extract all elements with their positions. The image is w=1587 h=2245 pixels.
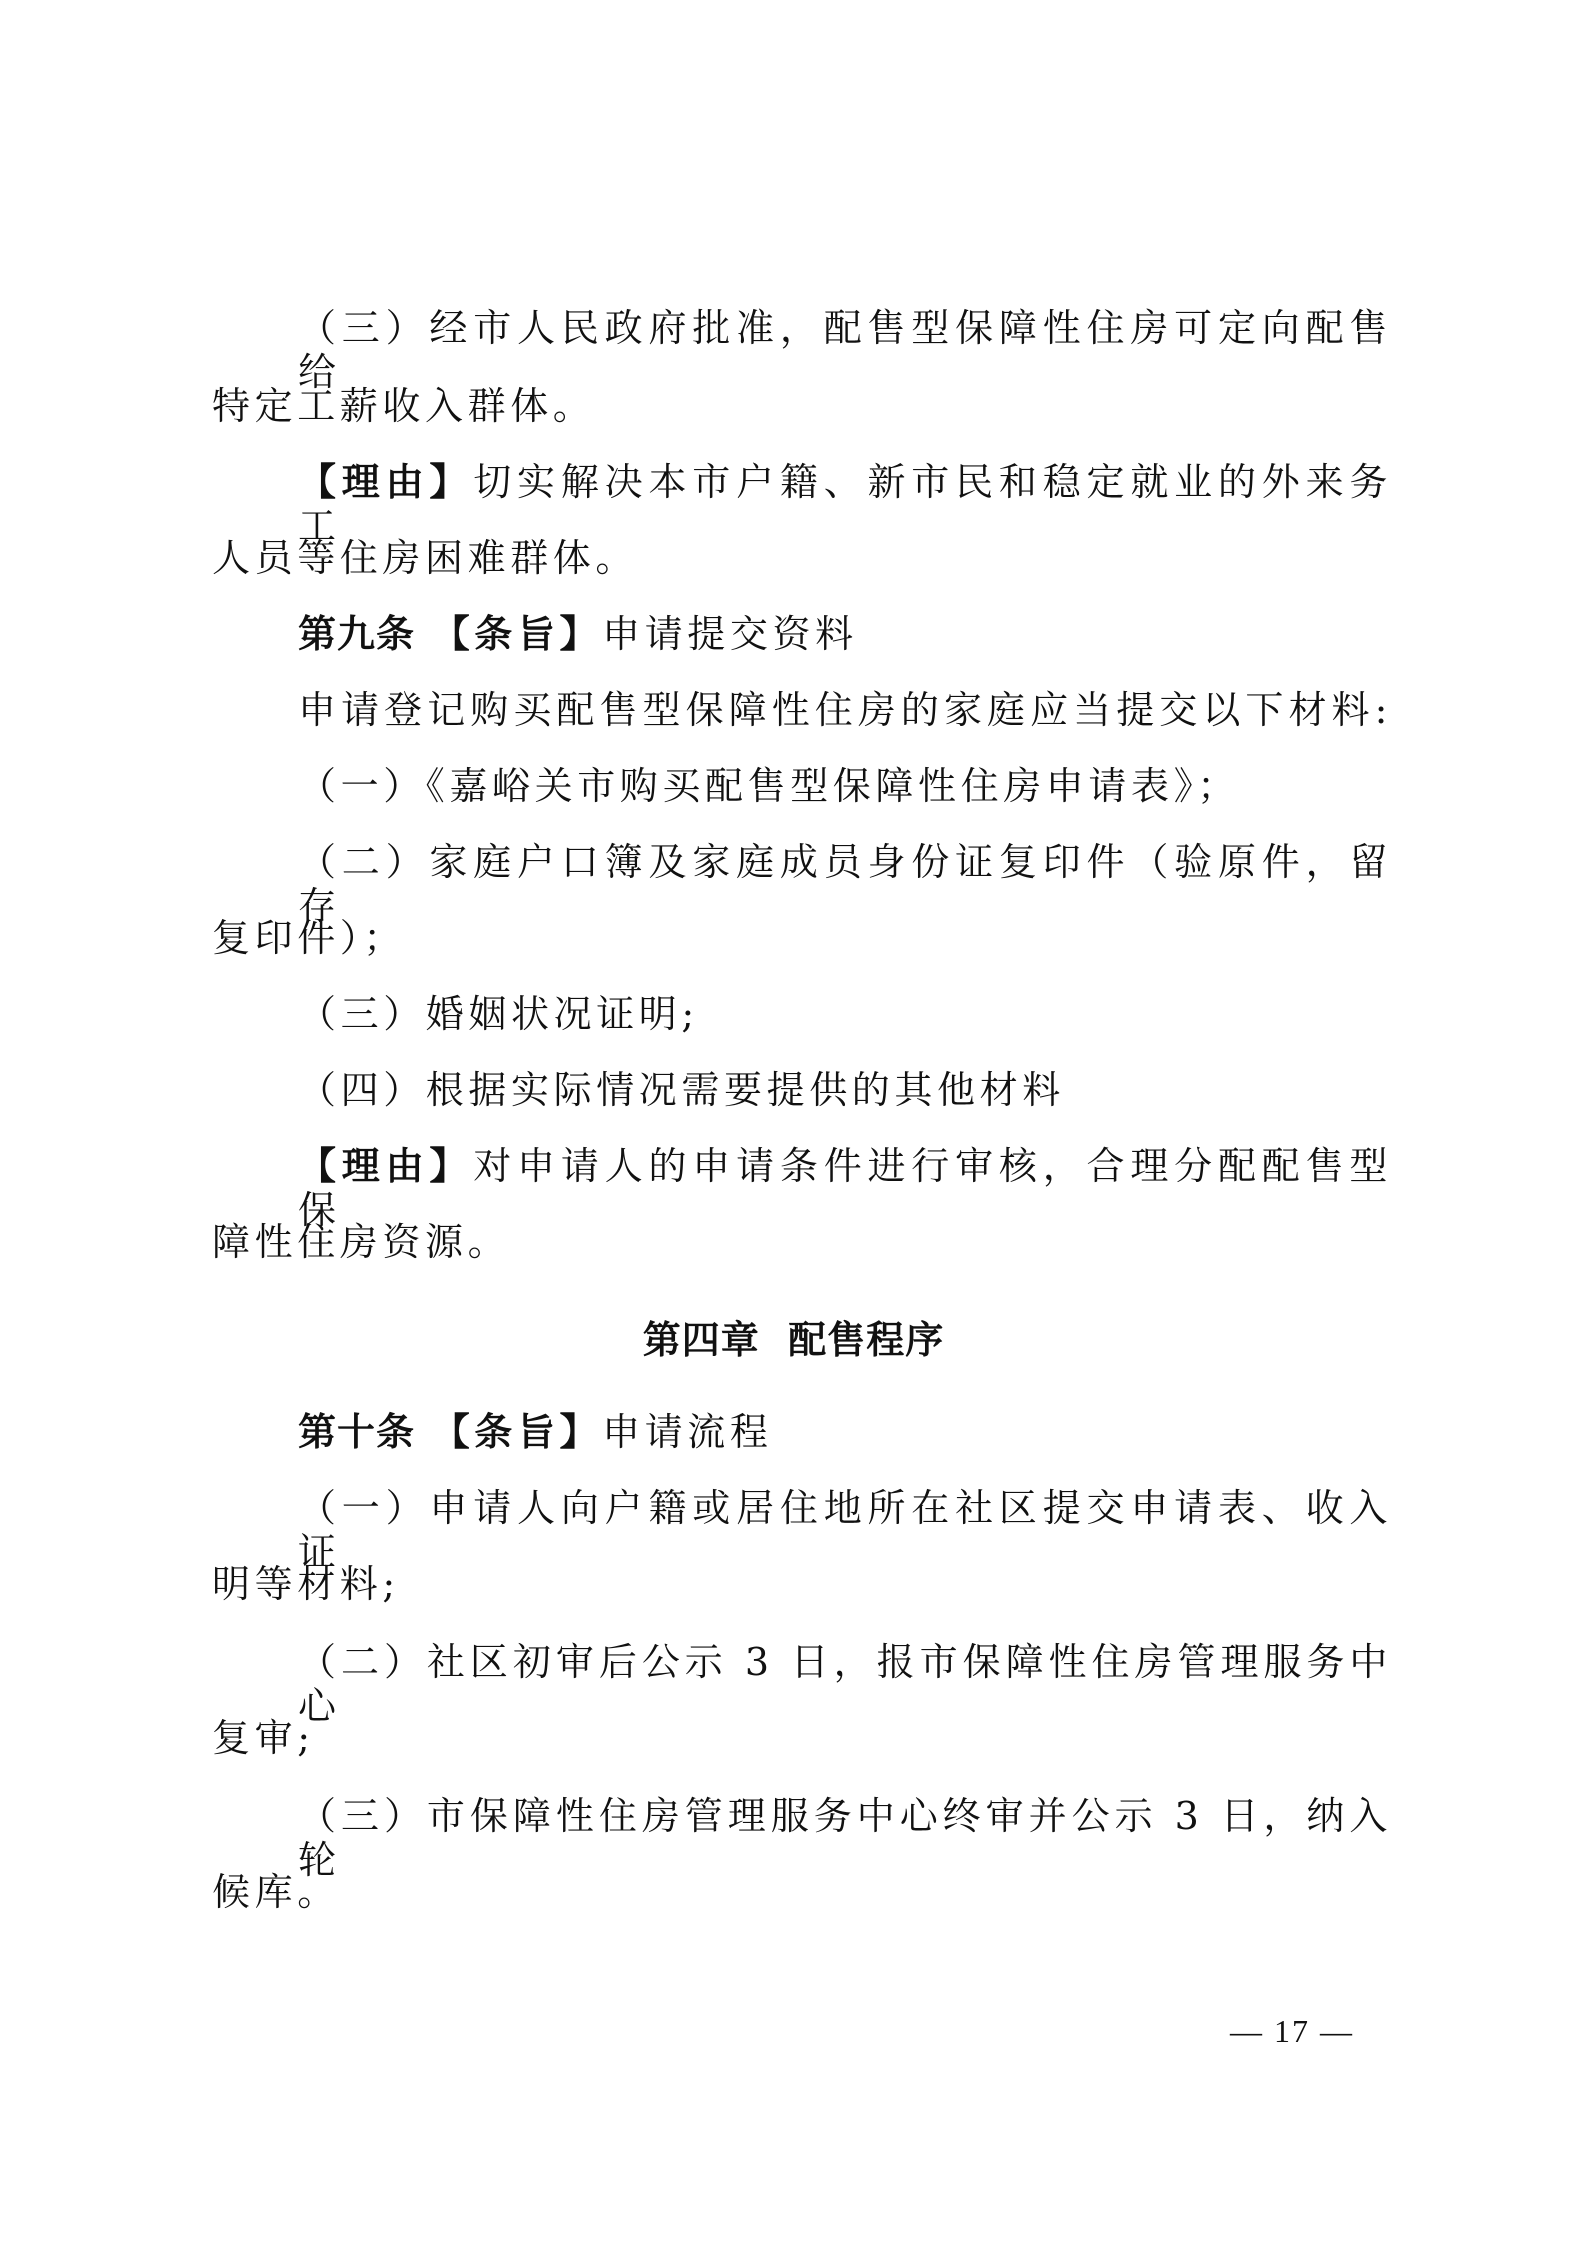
reason-paragraph: 【理由】切实解决本市户籍、新市民和稳定就业的外来务工 [298,460,1392,548]
document-page: （三）经市人民政府批准，配售型保障性住房可定向配售给 特定工薪收入群体。 【理由… [0,0,1587,2245]
list-item: （二）社区初审后公示 3 日，报市保障性住房管理服务中心 [298,1640,1392,1728]
chapter-heading: 第四章 配售程序 [0,1318,1587,1362]
paragraph-line: 复印件）； [212,916,1392,960]
article-heading-9: 第九条 【条旨】申请提交资料 [298,612,1392,656]
article-title: 申请提交资料 [602,612,858,656]
list-item: （二）家庭户口簿及家庭成员身份证复印件（验原件，留存 [298,840,1392,928]
page-number: — 17 — [1230,2013,1354,2050]
list-item: （一）《嘉峪关市购买配售型保障性住房申请表》； [298,764,1392,808]
paragraph-line: 申请登记购买配售型保障性住房的家庭应当提交以下材料: [298,688,1392,732]
paragraph-line: 障性住房资源。 [212,1220,1392,1264]
reason-label: 【理由】 [298,459,473,504]
paragraph-line: 复审; [212,1716,1392,1760]
paragraph-line: 人员等住房困难群体。 [212,536,1392,580]
list-item: （一）申请人向户籍或居住地所在社区提交申请表、收入证 [298,1486,1392,1574]
article-number: 第十条 [298,1410,415,1454]
paragraph-line: 候库。 [212,1870,1392,1914]
paragraph-line: 明等材料; [212,1562,1392,1606]
paragraph-line: 特定工薪收入群体。 [212,384,1392,428]
reason-label: 【理由】 [298,1143,473,1188]
article-title: 申请流程 [602,1410,772,1454]
reason-paragraph: 【理由】对申请人的申请条件进行审核，合理分配配售型保 [298,1144,1392,1232]
article-heading-10: 第十条 【条旨】申请流程 [298,1410,1392,1454]
list-item: （四）根据实际情况需要提供的其他材料 [298,1068,1392,1112]
article-tag: 【条旨】 [432,1409,602,1454]
list-item: （三）市保障性住房管理服务中心终审并公示 3 日，纳入轮 [298,1794,1392,1882]
article-number: 第九条 [298,612,415,656]
paragraph-line: （三）经市人民政府批准，配售型保障性住房可定向配售给 [298,306,1392,394]
article-tag: 【条旨】 [432,611,602,656]
list-item: （三）婚姻状况证明; [298,992,1392,1036]
